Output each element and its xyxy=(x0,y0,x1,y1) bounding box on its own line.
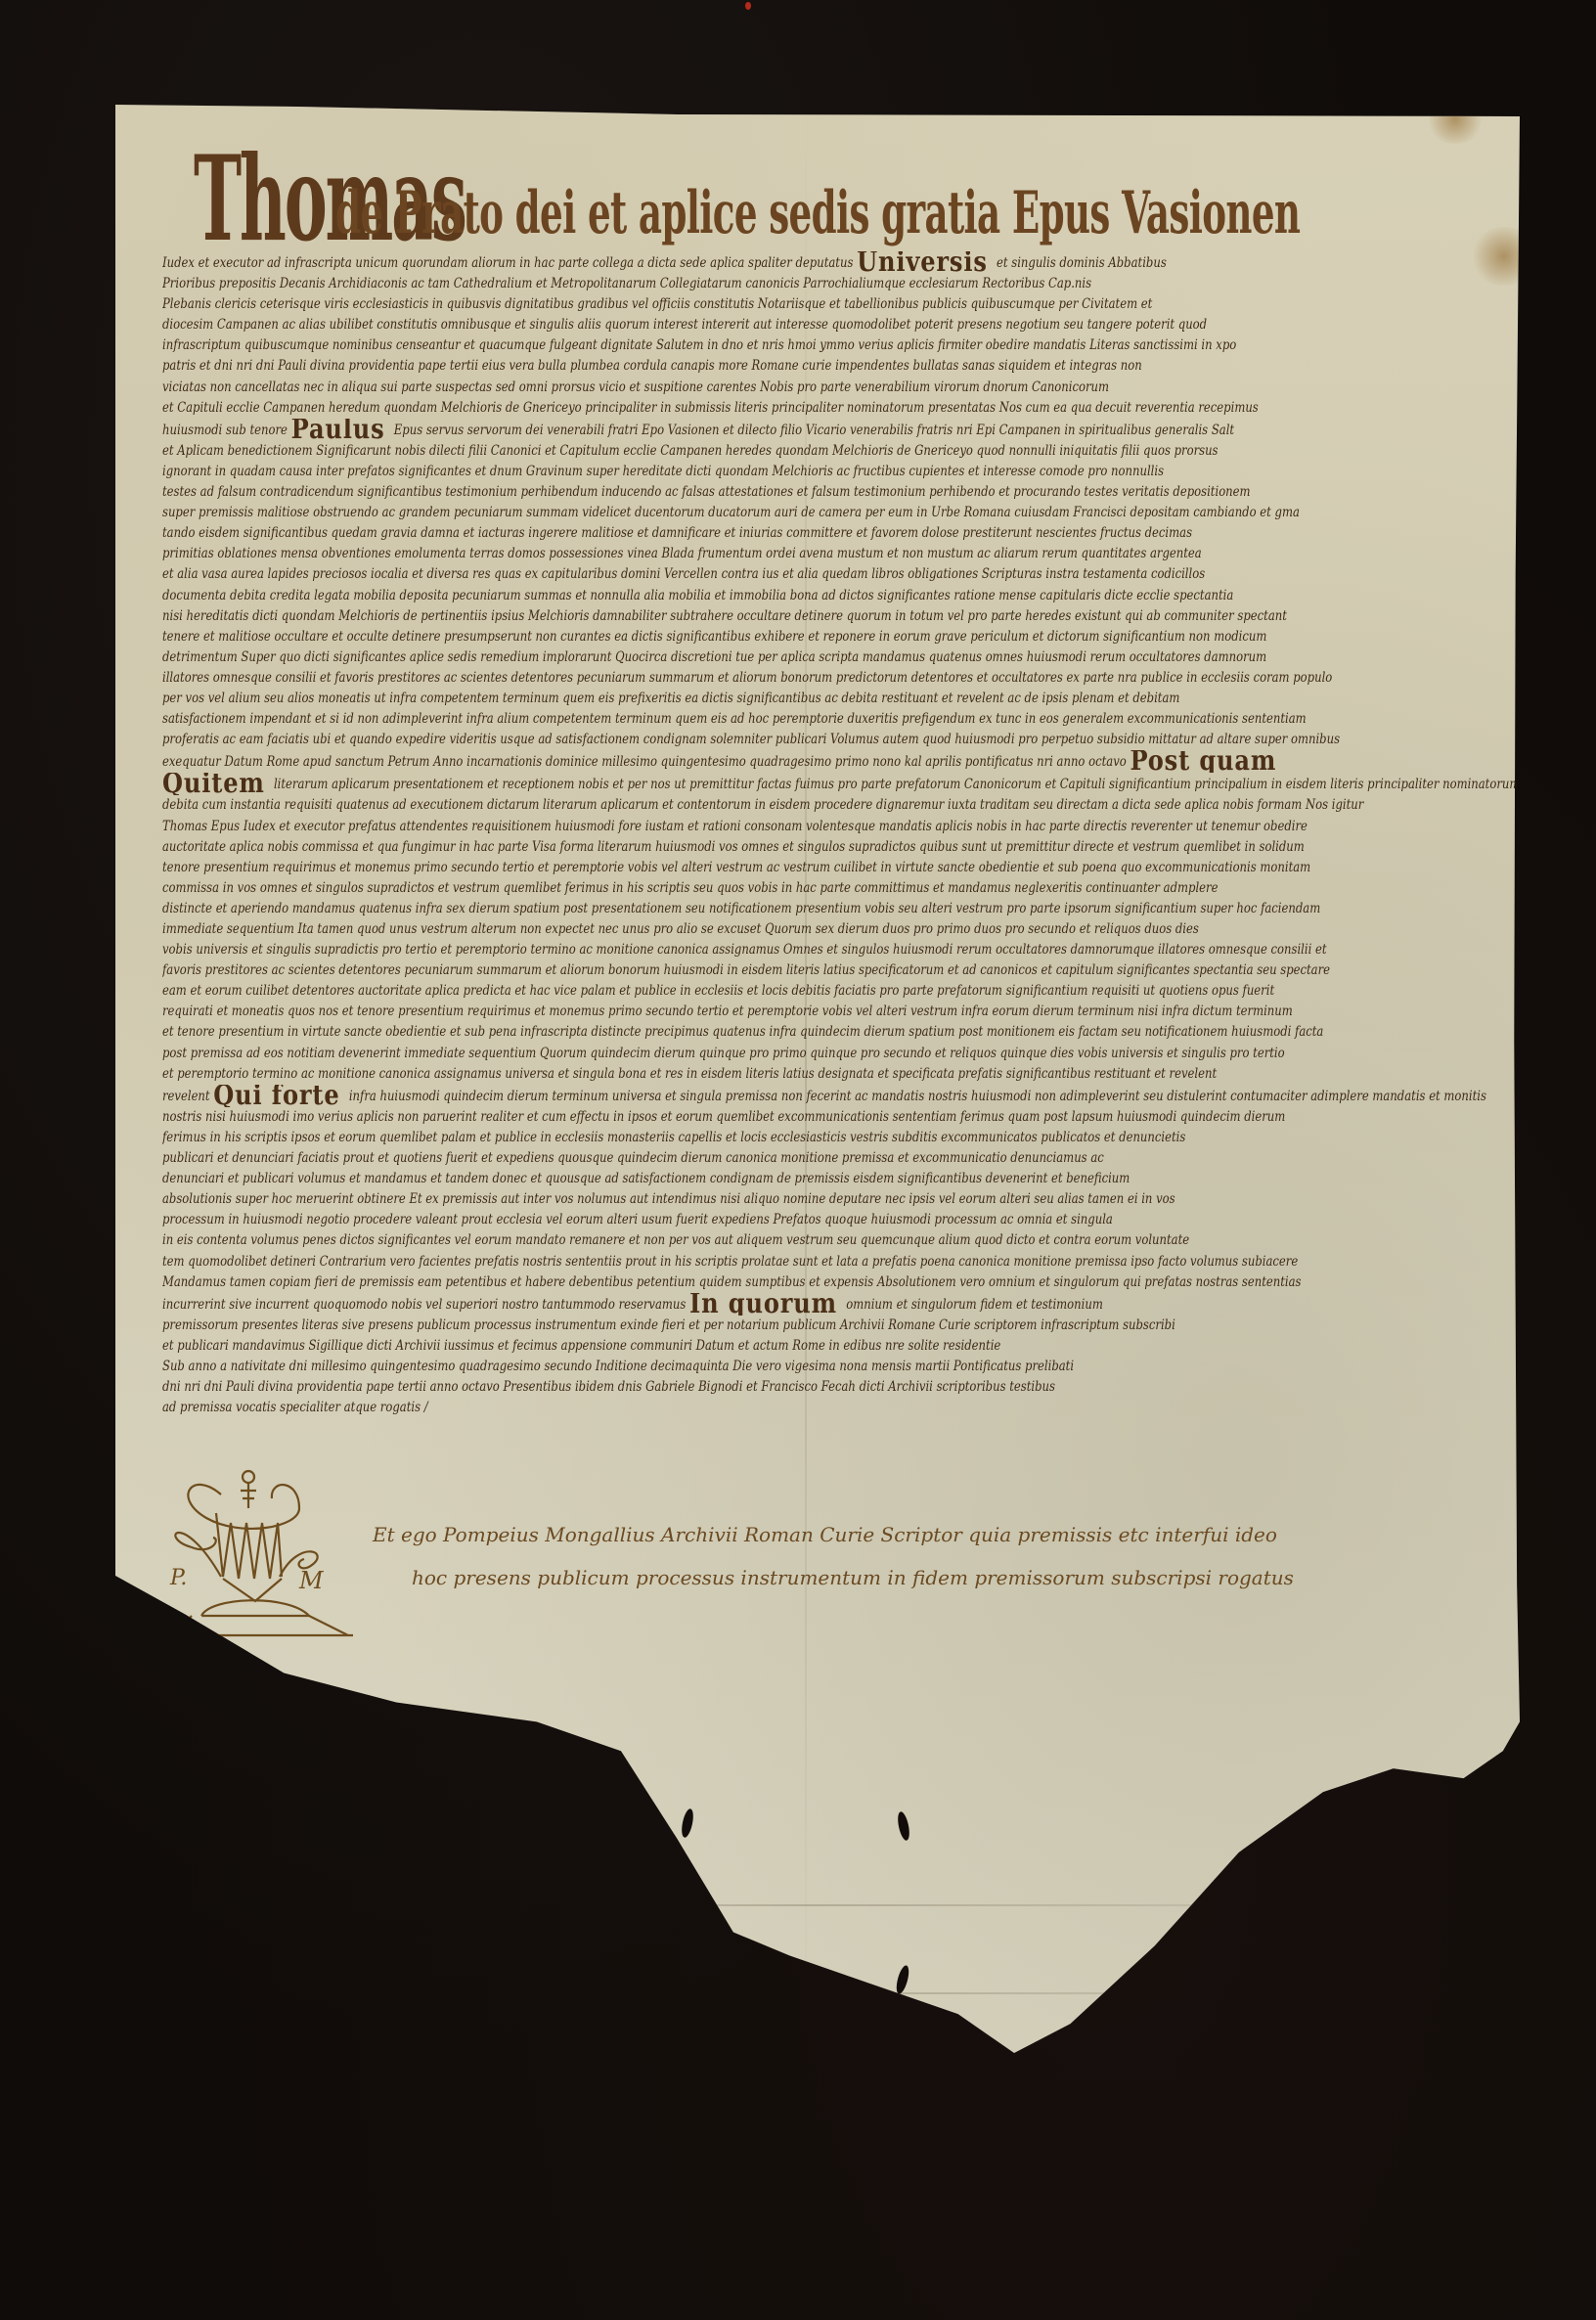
text-line: exequatur Datum Rome apud sanctum Petrum… xyxy=(162,750,1525,773)
notary-sign-icon: P. M xyxy=(162,1469,358,1640)
text-line: et peremptorio termino ac monitione cano… xyxy=(162,1064,1525,1085)
subscription-line: hoc presens publicum processus instrumen… xyxy=(373,1556,1497,1599)
seal-slit xyxy=(896,1810,911,1841)
text-line: distincte et aperiendo mandamus quatenus… xyxy=(162,899,1525,919)
svg-text:M: M xyxy=(298,1567,325,1594)
text-line: et Capituli ecclie Campanen heredum quon… xyxy=(162,398,1525,419)
text-line: viciatas non cancellatas nec in aliqua s… xyxy=(162,378,1525,398)
text-line: eam et eorum cuilibet detentores auctori… xyxy=(162,981,1525,1002)
text-line: favoris prestitores ac scientes detentor… xyxy=(162,960,1525,981)
text-line: tenere et malitiose occultare et occulte… xyxy=(162,627,1525,647)
display-word: Quitem xyxy=(162,773,274,795)
text-line: et tenore presentium in virtute sancte o… xyxy=(162,1022,1525,1043)
text-line: Prioribus prepositis Decanis Archidiacon… xyxy=(162,274,1525,294)
text-line: Mandamus tamen copiam fieri de premissis… xyxy=(162,1272,1525,1293)
text-line: documenta debita credita legata mobilia … xyxy=(162,586,1525,606)
text-line: vobis universis et singulis supradictis … xyxy=(162,940,1525,960)
text-line: Plebanis clericis ceterisque viris eccle… xyxy=(162,294,1525,315)
text-line: tenore presentium requirimus et monemus … xyxy=(162,858,1525,878)
text-line: super premissis malitiose obstruendo ac … xyxy=(162,503,1525,523)
text-line: ferimus in his scriptis ipsos et eorum q… xyxy=(162,1128,1525,1148)
text-line: et Aplicam benedictionem Significarunt n… xyxy=(162,441,1525,462)
text-line: denunciari et publicari volumus et manda… xyxy=(162,1169,1525,1189)
subscription-line: Et ego Pompeius Mongallius Archivii Roma… xyxy=(373,1513,1497,1556)
text-line: per vos vel alium seu alios moneatis ut … xyxy=(162,689,1525,709)
seal-slit xyxy=(894,1964,910,1995)
text-line: ad premissa vocatis specialiter atque ro… xyxy=(162,1398,1525,1418)
display-word: Qui forte xyxy=(213,1085,349,1107)
text-line: Sub anno a nativitate dni millesimo quin… xyxy=(162,1357,1525,1377)
notary-subscription: Et ego Pompeius Mongallius Archivii Roma… xyxy=(373,1513,1497,1599)
text-line: absolutionis super hoc meruerint obtiner… xyxy=(162,1189,1525,1210)
text-line: commissa in vos omnes et singulos suprad… xyxy=(162,878,1525,899)
text-line: dni nri dni Pauli divina providentia pap… xyxy=(162,1377,1525,1398)
text-line: auctoritate aplica nobis commissa et qua… xyxy=(162,837,1525,858)
display-word: Universis xyxy=(857,251,997,274)
display-word: Paulus xyxy=(291,419,394,441)
display-word: In quorum xyxy=(689,1293,846,1316)
text-line: incurrerint sive incurrent quoquomodo no… xyxy=(162,1293,1525,1316)
text-line: et publicari mandavimus Sigillique dicti… xyxy=(162,1336,1525,1357)
text-line: et alia vasa aurea lapides preciosos ioc… xyxy=(162,564,1525,585)
text-line: ignorant in quadam causa inter prefatos … xyxy=(162,462,1525,482)
seal-slit xyxy=(680,1807,695,1838)
text-line: proferatis ac eam faciatis ubi et quando… xyxy=(162,730,1525,750)
document-heading: Thomas de Prato dei et aplice sedis grat… xyxy=(155,122,1524,269)
text-line: tando eisdem significantibus quedam grav… xyxy=(162,523,1525,544)
text-line: infrascriptum quibuscumque nominibus cen… xyxy=(162,335,1525,356)
text-line: Iudex et executor ad infrascripta unicum… xyxy=(162,251,1525,274)
text-line: huiusmodi sub tenore Paulus Epus servus … xyxy=(162,419,1525,441)
text-line: nisi hereditatis dicti quondam Melchiori… xyxy=(162,606,1525,627)
text-line: debita cum instantia requisiti quatenus … xyxy=(162,795,1525,816)
text-line: tem quomodolibet detineri Contrarium ver… xyxy=(162,1252,1525,1272)
text-line: revelent Qui forte infra huiusmodi quind… xyxy=(162,1085,1525,1107)
text-line: post premissa ad eos notitiam devenerint… xyxy=(162,1044,1525,1064)
text-line: in eis contenta volumus penes dictos sig… xyxy=(162,1230,1525,1251)
text-line: testes ad falsum contradicendum signific… xyxy=(162,482,1525,503)
text-line: requirati et moneatis quos nos et tenore… xyxy=(162,1002,1525,1022)
heading-title: de Prato dei et aplice sedis gratia Epus… xyxy=(335,179,1300,247)
display-word: Post quam xyxy=(1130,750,1276,773)
red-mark xyxy=(745,2,751,10)
text-line: Thomas Epus Iudex et executor prefatus a… xyxy=(162,817,1525,837)
text-line: patris et dni nri dni Pauli divina provi… xyxy=(162,356,1525,377)
text-line: Quitem literarum aplicarum presentatione… xyxy=(162,773,1525,795)
text-line: processum in huiusmodi negotio procedere… xyxy=(162,1210,1525,1230)
document-body: Iudex et executor ad infrascripta unicum… xyxy=(162,251,1531,1418)
text-line: diocesim Campanen ac alias ubilibet cons… xyxy=(162,315,1525,335)
signature-block: P. M Et ego Pompeius Mongallius Archivii… xyxy=(162,1469,1531,1645)
text-line: illatores omnesque consilii et favoris p… xyxy=(162,668,1525,689)
text-line: detrimentum Super quo dicti significante… xyxy=(162,647,1525,668)
text-line: satisfactionem impendant et si id non ad… xyxy=(162,709,1525,730)
text-line: premissorum presentes literas sive prese… xyxy=(162,1316,1525,1336)
text-line: primitias oblationes mensa obventiones e… xyxy=(162,544,1525,564)
text-line: immediate sequentium Ita tamen quod unus… xyxy=(162,919,1525,940)
text-line: nostris nisi huiusmodi imo verius aplici… xyxy=(162,1107,1525,1128)
svg-text:P.: P. xyxy=(169,1566,187,1590)
text-line: publicari et denunciari faciatis prout e… xyxy=(162,1148,1525,1169)
